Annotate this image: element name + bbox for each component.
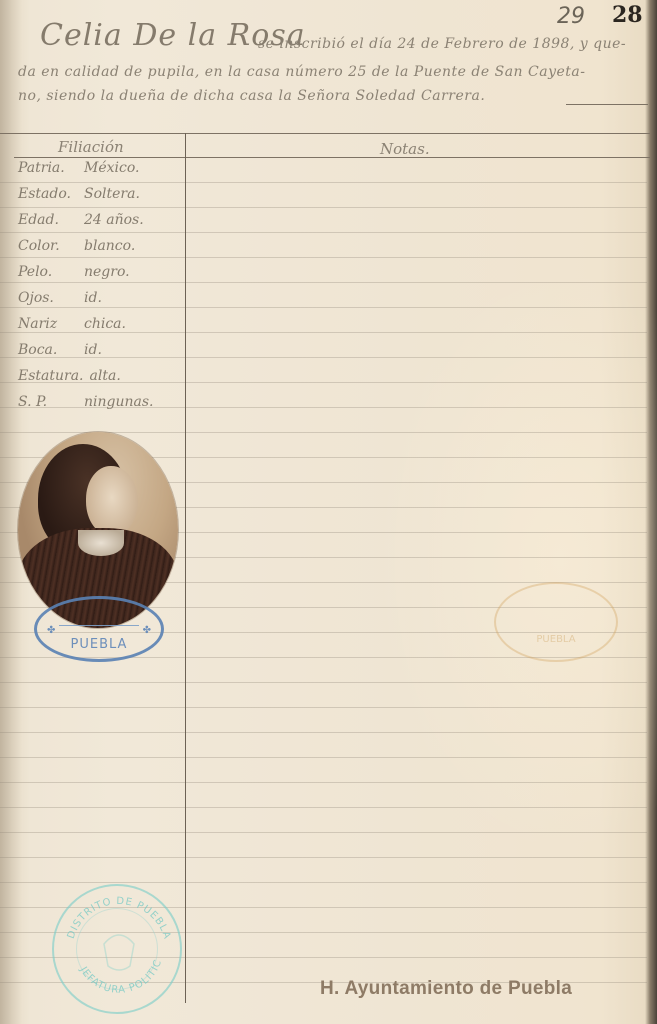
filiation-item: Estatura.alta. xyxy=(18,368,183,394)
puebla-ink-stamp: ✤ ✤ PUEBLA xyxy=(34,596,164,662)
stamp-text: PUEBLA xyxy=(37,637,161,652)
photo-face xyxy=(86,466,138,536)
archive-watermark: H. Ayuntamiento de Puebla xyxy=(320,978,572,1000)
filiation-column-header: Filiación xyxy=(58,138,124,156)
page-number-stamped: 28 xyxy=(612,2,643,28)
filiation-item: Edad.24 años. xyxy=(18,212,183,238)
entry-text-line-3: no, siendo la dueña de dicha casa la Señ… xyxy=(18,88,485,104)
notes-column-header: Notas. xyxy=(380,140,430,158)
filiation-item: S. P.ningunas. xyxy=(18,394,183,420)
filiation-item: Boca.id. xyxy=(18,342,183,368)
column-divider xyxy=(185,133,186,1003)
table-header-rule xyxy=(14,157,650,158)
filiation-item: Ojos.id. xyxy=(18,290,183,316)
entry-text-line-2: da en calidad de pupila, en la casa núme… xyxy=(18,64,585,80)
filiation-item: Estado.Soltera. xyxy=(18,186,183,212)
fleuron-icon: ✤ xyxy=(47,625,55,636)
filiation-item: Patria.México. xyxy=(18,160,183,186)
register-page: 29 28 Celia De la Rosa se inscribió el d… xyxy=(0,0,657,1024)
entry-closing-underline xyxy=(566,104,648,105)
filiation-item: Narizchica. xyxy=(18,316,183,342)
table-top-rule xyxy=(0,133,650,134)
faint-stamp-impression: PUEBLA xyxy=(494,582,618,662)
faint-stamp-text: PUEBLA xyxy=(496,634,616,645)
fleuron-icon: ✤ xyxy=(143,625,151,636)
stamp-inner-line xyxy=(59,625,139,626)
filiation-list: Patria.México. Estado.Soltera. Edad.24 a… xyxy=(18,160,183,420)
page-number-pencil: 29 xyxy=(557,4,585,29)
district-seal-stamp: DISTRITO DE PUEBLA JEFATURA POLITICA xyxy=(52,884,182,1014)
entry-text-line-1: se inscribió el día 24 de Febrero de 189… xyxy=(258,36,626,52)
filiation-item: Color.blanco. xyxy=(18,238,183,264)
seal-text-ring-icon: DISTRITO DE PUEBLA JEFATURA POLITICA xyxy=(54,886,184,1016)
filiation-item: Pelo.negro. xyxy=(18,264,183,290)
photo-collar xyxy=(78,530,124,556)
